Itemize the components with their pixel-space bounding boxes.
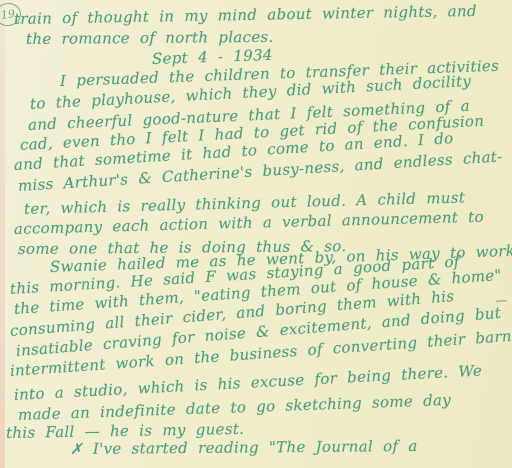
- handwritten-line: ✗ I've started reading "The Journal of a: [70, 437, 418, 458]
- margin-dash-mark: [496, 300, 507, 303]
- handwritten-line: train of thought in my mind about winter…: [14, 2, 477, 28]
- handwritten-line: the romance of north places.: [26, 28, 274, 48]
- journal-page: 19 train of thought in my mind about win…: [0, 0, 512, 468]
